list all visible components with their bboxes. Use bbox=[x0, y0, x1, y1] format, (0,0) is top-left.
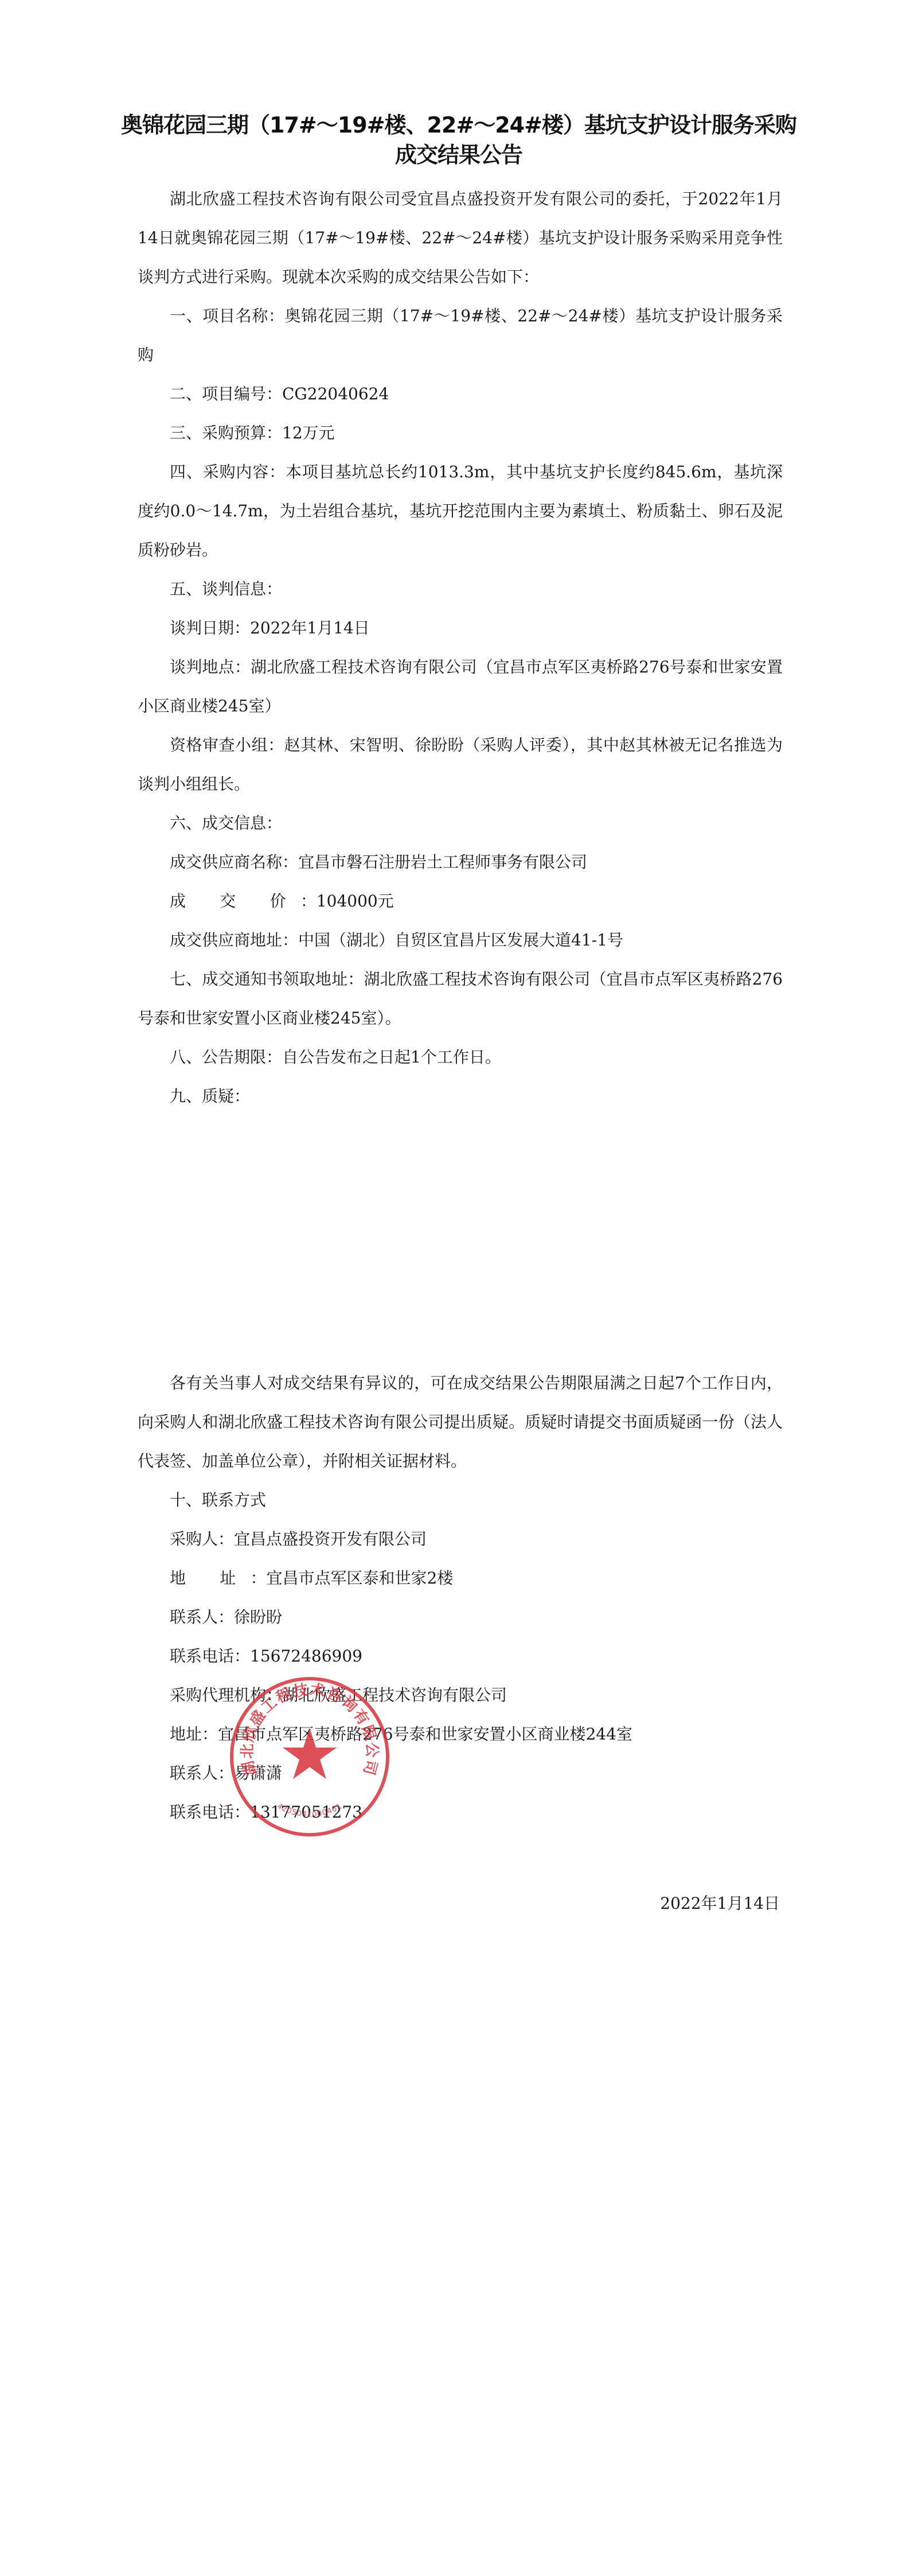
award-heading: 六、成交信息： bbox=[138, 804, 783, 843]
purchaser-address-label: 地 址 bbox=[170, 1569, 251, 1587]
project-name: 一、项目名称：奥锦花园三期（17#～19#楼、22#～24#楼）基坑支护设计服务… bbox=[138, 297, 783, 375]
award-price-label: 成 交 价 bbox=[170, 892, 300, 910]
project-number: 二、项目编号：CG22040624 bbox=[138, 375, 783, 414]
negotiation-location: 谈判地点：湖北欣盛工程技术咨询有限公司（宜昌市点军区夷桥路276号泰和世家安置小… bbox=[138, 648, 783, 726]
document-page: 奥锦花园三期（17#～19#楼、22#～24#楼）基坑支护设计服务采购成交结果公… bbox=[0, 0, 910, 2576]
objection-text: 各有关当事人对成交结果有异议的，可在成交结果公告期限届满之日起7个工作日内，向采… bbox=[138, 1364, 783, 1481]
document-body: 湖北欣盛工程技术咨询有限公司受宜昌点盛投资开发有限公司的委托，于2022年1月1… bbox=[138, 180, 783, 1832]
award-supplier-address: 成交供应商地址：中国（湖北）自贸区宜昌片区发展大道41-1号 bbox=[138, 921, 783, 960]
objection-heading: 九、质疑： bbox=[138, 1077, 783, 1116]
agency-name: 采购代理机构：湖北欣盛工程技术咨询有限公司 bbox=[138, 1676, 783, 1715]
award-price-value: ：104000元 bbox=[300, 892, 394, 910]
contact-heading: 十、联系方式 bbox=[138, 1481, 783, 1520]
page-break-gap bbox=[138, 1116, 783, 1364]
notice-period: 八、公告期限：自公告发布之日起1个工作日。 bbox=[138, 1038, 783, 1077]
agency-contact: 联系人：易潇潇 bbox=[138, 1754, 783, 1793]
negotiation-date: 谈判日期：2022年1月14日 bbox=[138, 609, 783, 648]
purchaser-name: 采购人：宜昌点盛投资开发有限公司 bbox=[138, 1520, 783, 1559]
notice-pickup-address: 七、成交通知书领取地址：湖北欣盛工程技术咨询有限公司（宜昌市点军区夷桥路276号… bbox=[138, 960, 783, 1038]
announcement-date: 2022年1月14日 bbox=[573, 1884, 780, 1923]
purchaser-address: 地 址：宜昌市点军区泰和世家2楼 bbox=[138, 1559, 783, 1598]
negotiation-heading: 五、谈判信息： bbox=[138, 570, 783, 609]
procurement-content: 四、采购内容：本项目基坑总长约1013.3m，其中基坑支护长度约845.6m，基… bbox=[138, 453, 783, 570]
procurement-budget: 三、采购预算：12万元 bbox=[138, 414, 783, 453]
purchaser-address-value: ：宜昌市点军区泰和世家2楼 bbox=[251, 1569, 454, 1587]
agency-phone: 联系电话：13177051273 bbox=[138, 1793, 783, 1832]
intro-paragraph: 湖北欣盛工程技术咨询有限公司受宜昌点盛投资开发有限公司的委托，于2022年1月1… bbox=[138, 180, 783, 297]
document-title: 奥锦花园三期（17#～19#楼、22#～24#楼）基坑支护设计服务采购成交结果公… bbox=[115, 110, 803, 170]
purchaser-contact: 联系人：徐盼盼 bbox=[138, 1598, 783, 1637]
review-panel: 资格审查小组：赵其林、宋智明、徐盼盼（采购人评委），其中赵其林被无记名推选为谈判… bbox=[138, 726, 783, 804]
purchaser-phone: 联系电话：15672486909 bbox=[138, 1637, 783, 1676]
award-price: 成 交 价：104000元 bbox=[138, 882, 783, 921]
award-supplier-name: 成交供应商名称：宜昌市磐石注册岩土工程师事务有限公司 bbox=[138, 843, 783, 882]
agency-address: 地址：宜昌市点军区夷桥路276号泰和世家安置小区商业楼244室 bbox=[138, 1715, 783, 1754]
